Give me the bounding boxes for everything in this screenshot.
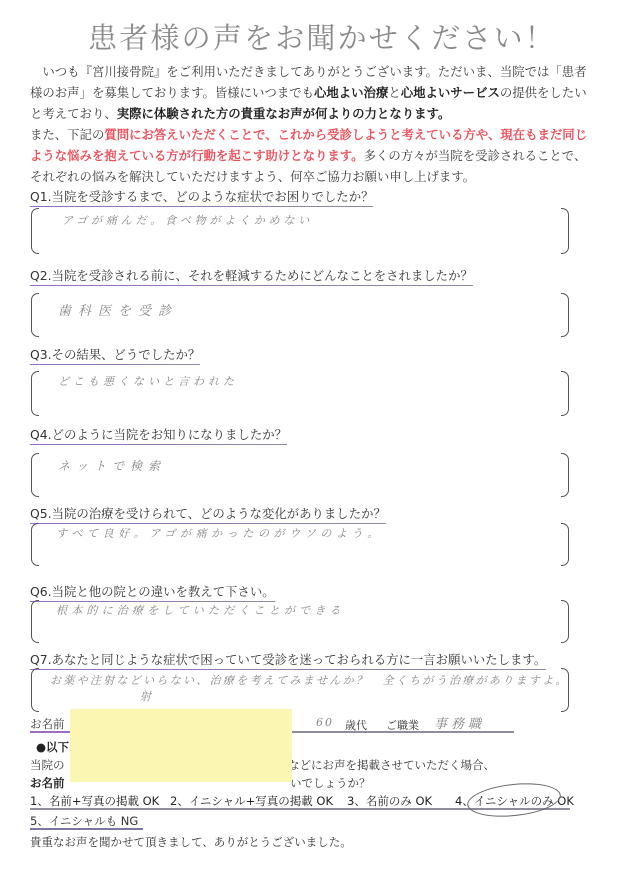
handwritten-correction: 射 xyxy=(140,688,151,704)
intro-line-4: また、下記の質問にお答えいただくことで、これから受診しようと考えている方や、現在… xyxy=(30,125,587,143)
age-unit: 歳代 xyxy=(345,717,367,733)
question-heading: Q7.あなたと同じような症状で困っていて受診を迷っておられる方に一言お願いいたし… xyxy=(30,650,546,670)
occupation-label: ご職業 xyxy=(386,717,419,733)
name-label: お名前 xyxy=(30,716,65,732)
intro-line-3: と考えており、実際に体験された方の貴重なお声が何よりの力となります。 xyxy=(30,104,450,122)
intro-text: いつも『宮川接骨院』をご利用いただきましてありがとうございます。ただいま、当院で… xyxy=(30,64,587,79)
intro-text: それぞれの悩みを解決していただけますよう、何卒ご協力お願い申し上げます。 xyxy=(30,169,475,184)
handwritten-answer: アゴが痛んだ。食べ物がよくかめない xyxy=(62,212,313,228)
consent-line-1-end: などにお声を掲載させていただく場合、 xyxy=(288,757,495,773)
consent-heading: ●以下 xyxy=(36,739,69,755)
option-5-underline xyxy=(30,828,143,830)
option-1: 1、名前+写真の掲載 OK xyxy=(30,793,159,809)
question-heading: Q4.どのように当院をお知りになりましたか？ xyxy=(30,425,287,445)
intro-red-text: ような悩みを抱えている方が行動を起こす助けとなります。 xyxy=(30,148,364,163)
right-bracket xyxy=(561,293,569,337)
name-underline xyxy=(30,731,72,733)
handwritten-answer: 歯科医を受診 xyxy=(58,300,178,319)
handwritten-answer: どこも悪くないと言われた xyxy=(58,373,238,389)
age-value: 60 xyxy=(316,716,334,729)
intro-text: また、下記の xyxy=(30,127,104,142)
consent-line-2-end: いでしょうか？ xyxy=(290,775,371,791)
right-bracket xyxy=(561,371,569,416)
right-bracket xyxy=(561,523,569,566)
option-3: 3、名前のみ OK xyxy=(347,793,432,809)
question-heading: Q5.当院の治療を受けられて、どのような変化がありましたか？ xyxy=(30,504,386,524)
intro-bold-text: 心地よい治療 xyxy=(314,85,388,100)
intro-line-2: 様のお声」を募集しております。皆様にいつまでも心地よい治療と心地よいサービスの提… xyxy=(30,83,587,101)
question-heading: Q2.当院を受診される前に、それを軽減するためにどんなことをされましたか？ xyxy=(30,266,473,286)
question-heading: Q6.当院と他の院との違いを教えて下さい。 xyxy=(30,582,275,602)
intro-text: の提供をしたい xyxy=(500,85,587,100)
consent-line-2-start: お名前 xyxy=(30,775,65,791)
intro-text: と xyxy=(388,85,400,100)
left-bracket xyxy=(31,523,39,566)
intro-text: と考えており、 xyxy=(30,106,117,121)
left-bracket xyxy=(31,371,39,416)
question-heading: Q3.その結果、どうでしたか？ xyxy=(30,345,200,365)
intro-red-text: 質問にお答えいただくことで、これから受診しようと考えている方や、現在もまだ同じ xyxy=(104,127,587,142)
intro-bold-text: 心地よいサービス xyxy=(401,85,500,100)
closing-thanks: 貴重なお声を聞かせて頂きまして、ありがとうございました。 xyxy=(30,834,352,850)
selection-circle-mark xyxy=(466,779,563,821)
handwritten-answer: お薬や注射などいらない、治療を考えてみませんか？ 全くちがう治療がありますよ。 xyxy=(50,672,569,688)
page-title: 患者様の声をお聞かせください！ xyxy=(88,16,556,57)
intro-text: 多くの方々が当院を受診されることで、 xyxy=(364,148,587,163)
left-bracket xyxy=(31,453,39,497)
right-bracket xyxy=(561,453,569,497)
option-5: 5、イニシャルも NG xyxy=(30,813,138,829)
occupation-value: 事務職 xyxy=(434,713,485,732)
left-bracket xyxy=(31,668,39,712)
consent-line-1-start: 当院の xyxy=(30,757,65,773)
left-bracket xyxy=(31,293,39,337)
intro-bold-text: 実際に体験された方の貴重なお声が何よりの力となります。 xyxy=(117,106,451,121)
option-2: 2、イニシャル+写真の掲載 OK xyxy=(170,793,333,809)
redaction-sticky-note xyxy=(70,709,292,782)
question-heading: Q1.当院を受診するまで、どのような症状でお困りでしたか？ xyxy=(30,187,373,207)
intro-text: 様のお声」を募集しております。皆様にいつまでも xyxy=(30,85,314,100)
handwritten-answer: ネットで検索 xyxy=(58,457,166,474)
handwritten-answer: 根本的に治療をしていただくことができる xyxy=(56,602,345,618)
left-bracket xyxy=(31,600,39,643)
intro-line-5: ような悩みを抱えている方が行動を起こす助けとなります。多くの方々が当院を受診され… xyxy=(30,146,586,164)
intro-line-1: いつも『宮川接骨院』をご利用いただきましてありがとうございます。ただいま、当院で… xyxy=(30,62,587,80)
handwritten-answer: すべて良好。アゴが痛かったのがウソのよう。 xyxy=(56,525,383,541)
right-bracket xyxy=(561,208,569,254)
right-bracket xyxy=(561,600,569,643)
left-bracket xyxy=(31,208,39,254)
intro-line-6: それぞれの悩みを解決していただけますよう、何卒ご協力お願い申し上げます。 xyxy=(30,167,475,185)
